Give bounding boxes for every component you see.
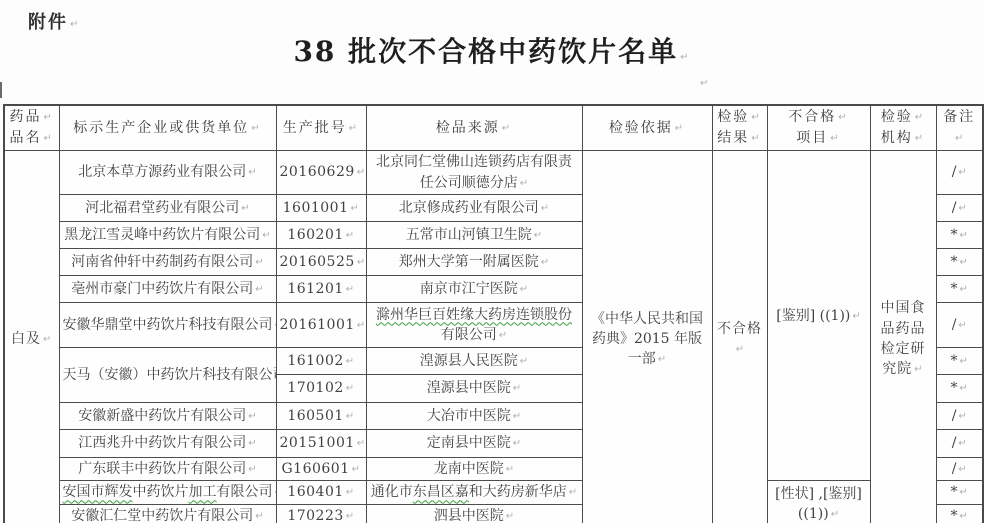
header-item-line1: 不合格 [771, 107, 867, 128]
source-cell: 北京修成药业有限公司 [366, 195, 582, 222]
batch-cell: 20160525 [276, 249, 366, 276]
source-cell: 五常市山河镇卫生院 [366, 222, 582, 249]
source-cell: 定南县中医院 [366, 430, 582, 458]
company-cell: 广东联丰中药饮片有限公司 [59, 458, 276, 481]
source-text: 通化市 [371, 484, 413, 500]
header-item: 不合格 项目 [767, 105, 870, 151]
source-cell: 通化市东昌区嘉和大药房新华店 [366, 481, 582, 504]
batch-cell: 160401 [276, 481, 366, 504]
company-cell: 北京本草方源药业有限公司 [59, 151, 276, 195]
company-cell: 天马（安徽）中药饮片科技有限公司 [59, 348, 276, 403]
company-cell: 河南省仲轩中药制药有限公司 [59, 249, 276, 276]
remark-cell: / [936, 403, 983, 430]
header-drug-name-line1: 药品 [8, 107, 56, 128]
spellcheck-flagged-text: 安徽汇仁堂中药饮片有限公司 [71, 508, 253, 523]
header-company: 标示生产企业或供货单位 [59, 105, 276, 151]
header-result-line1: 检验 [716, 107, 764, 128]
header-result-line2: 结果 [716, 128, 764, 149]
remark-cell: * [936, 504, 983, 523]
company-cell: 黑龙江雪灵峰中药饮片有限公司 [59, 222, 276, 249]
remark-cell: * [936, 276, 983, 303]
basis-cell: 《中华人民共和国药典》2015 年版一部 [582, 151, 712, 523]
header-source: 检品来源 [366, 105, 582, 151]
source-cell: 大冶市中医院 [366, 403, 582, 430]
batch-cell: 161002 [276, 348, 366, 375]
header-agency: 检验 机构 [870, 105, 936, 151]
spellcheck-flagged-text: 加工 [189, 484, 217, 500]
remark-cell: / [936, 430, 983, 458]
batch-cell: G160601 [276, 458, 366, 481]
remark-cell: * [936, 481, 983, 504]
source-text: 有限公司 [441, 327, 497, 343]
source-cell: 湟源县人民医院 [366, 348, 582, 375]
remark-cell: * [936, 249, 983, 276]
remark-cell: / [936, 151, 983, 195]
spellcheck-flagged-text: 安国市辉发 [63, 484, 133, 500]
failed-item-cell-bottom: [性状] ,[鉴别] ((1)) [767, 481, 870, 523]
header-result: 检验 结果 [712, 105, 767, 151]
header-agency-line2: 机构 [874, 128, 933, 149]
batch-cell: 170102 [276, 375, 366, 403]
batch-cell: 170223 [276, 504, 366, 523]
batch-cell: 161201 [276, 276, 366, 303]
header-basis: 检验依据 [582, 105, 712, 151]
remark-cell: * [936, 222, 983, 249]
remark-cell: * [936, 375, 983, 403]
header-drug-name: 药品 品名 [4, 105, 59, 151]
source-cell: 南京市江宁医院 [366, 276, 582, 303]
header-remark: 备注 [936, 105, 983, 151]
remark-cell: / [936, 303, 983, 348]
company-text: 中药饮片 [133, 484, 189, 500]
header-item-line2: 项目 [771, 128, 867, 149]
company-text: 有限公司 [217, 484, 273, 500]
result-cell: 不合格 [712, 151, 767, 523]
source-cell: 泗县中医院 [366, 504, 582, 523]
table-row: 安国市辉发中药饮片加工有限公司 160401 通化市东昌区嘉和大药房新华店 [性… [4, 481, 983, 504]
page-title: 38 批次不合格中药饮片名单 [0, 30, 984, 70]
company-cell: 亳州市豪门中药饮片有限公司 [59, 276, 276, 303]
page-margin-tick [0, 82, 2, 98]
failed-item-cell-top: [鉴别] ((1)) [767, 151, 870, 481]
company-cell: 河北福君堂药业有限公司 [59, 195, 276, 222]
spellcheck-flagged-text: 滁州华巨百姓缘大药房连锁股份 [376, 307, 572, 323]
batch-cell: 20151001 [276, 430, 366, 458]
header-drug-name-line2: 品名 [8, 128, 56, 149]
source-cell: 龙南中医院 [366, 458, 582, 481]
noncompliant-batches-table: 药品 品名 标示生产企业或供货单位 生产批号 检品来源 检验依据 检验 结果 不… [3, 104, 984, 523]
header-row: 药品 品名 标示生产企业或供货单位 生产批号 检品来源 检验依据 检验 结果 不… [4, 105, 983, 151]
header-agency-line1: 检验 [874, 107, 933, 128]
source-cell: 滁州华巨百姓缘大药房连锁股份有限公司 [366, 303, 582, 348]
empty-paragraph-mark [698, 76, 708, 90]
company-cell: 安国市辉发中药饮片加工有限公司 [59, 481, 276, 504]
batch-cell: 20161001 [276, 303, 366, 348]
agency-cell: 中国食品药品检定研究院 [870, 151, 936, 523]
remark-cell: / [936, 195, 983, 222]
company-cell: 安徽新盛中药饮片有限公司 [59, 403, 276, 430]
header-batch: 生产批号 [276, 105, 366, 151]
company-cell: 安徽华鼎堂中药饮片科技有限公司 [59, 303, 276, 348]
source-text: 和大药房新华店 [469, 484, 567, 500]
batch-cell: 1601001 [276, 195, 366, 222]
drug-name-cell: 白及 [4, 151, 59, 523]
source-cell: 北京同仁堂佛山连锁药店有限责任公司顺德分店 [366, 151, 582, 195]
source-cell: 湟源县中医院 [366, 375, 582, 403]
remark-cell: / [936, 458, 983, 481]
batch-cell: 160201 [276, 222, 366, 249]
source-cell: 郑州大学第一附属医院 [366, 249, 582, 276]
batch-cell: 160501 [276, 403, 366, 430]
batch-cell: 20160629 [276, 151, 366, 195]
company-cell: 江西兆升中药饮片有限公司 [59, 430, 276, 458]
company-cell: 安徽汇仁堂中药饮片有限公司 [59, 504, 276, 523]
remark-cell: * [936, 348, 983, 375]
spellcheck-flagged-text: 东昌区嘉 [413, 484, 469, 500]
table-row: 白及 北京本草方源药业有限公司 20160629 北京同仁堂佛山连锁药店有限责任… [4, 151, 983, 195]
